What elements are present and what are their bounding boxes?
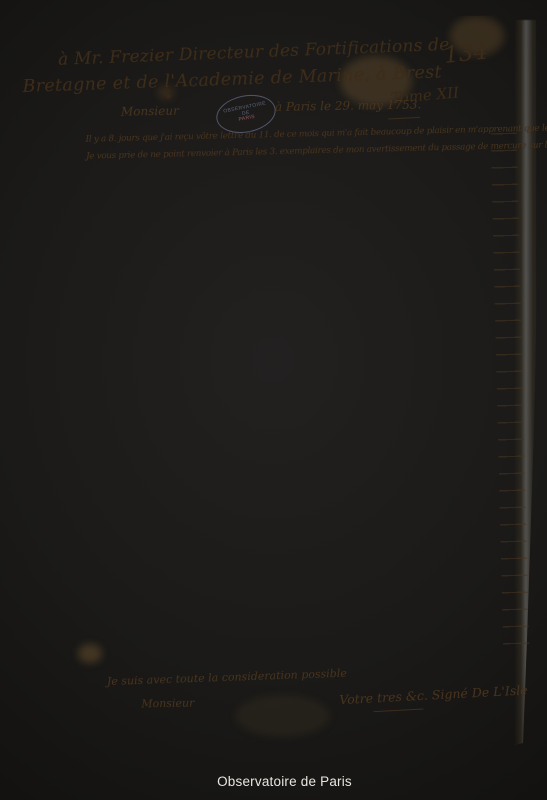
stamp-line-3: PARIS xyxy=(238,115,255,124)
photo-caption: Observatoire de Paris xyxy=(11,774,547,789)
closing-salutation: Monsieur xyxy=(141,696,194,710)
signature: Votre tres &c. Signé De L'Isle xyxy=(339,682,528,707)
salutation: Monsieur xyxy=(121,104,179,119)
letter-body: Il y a 8. jours que j'ai reçu vôtre lett… xyxy=(75,121,518,671)
letter-content: à Mr. Frezier Directeur des Fortificatio… xyxy=(0,0,547,800)
signature-underline xyxy=(373,709,423,713)
dateline: à Paris le 29. may 1753. xyxy=(275,97,422,114)
archive-photo: à Mr. Frezier Directeur des Fortificatio… xyxy=(0,0,547,800)
page-number-annotation: 134 xyxy=(443,38,489,68)
year-underline xyxy=(388,117,420,120)
